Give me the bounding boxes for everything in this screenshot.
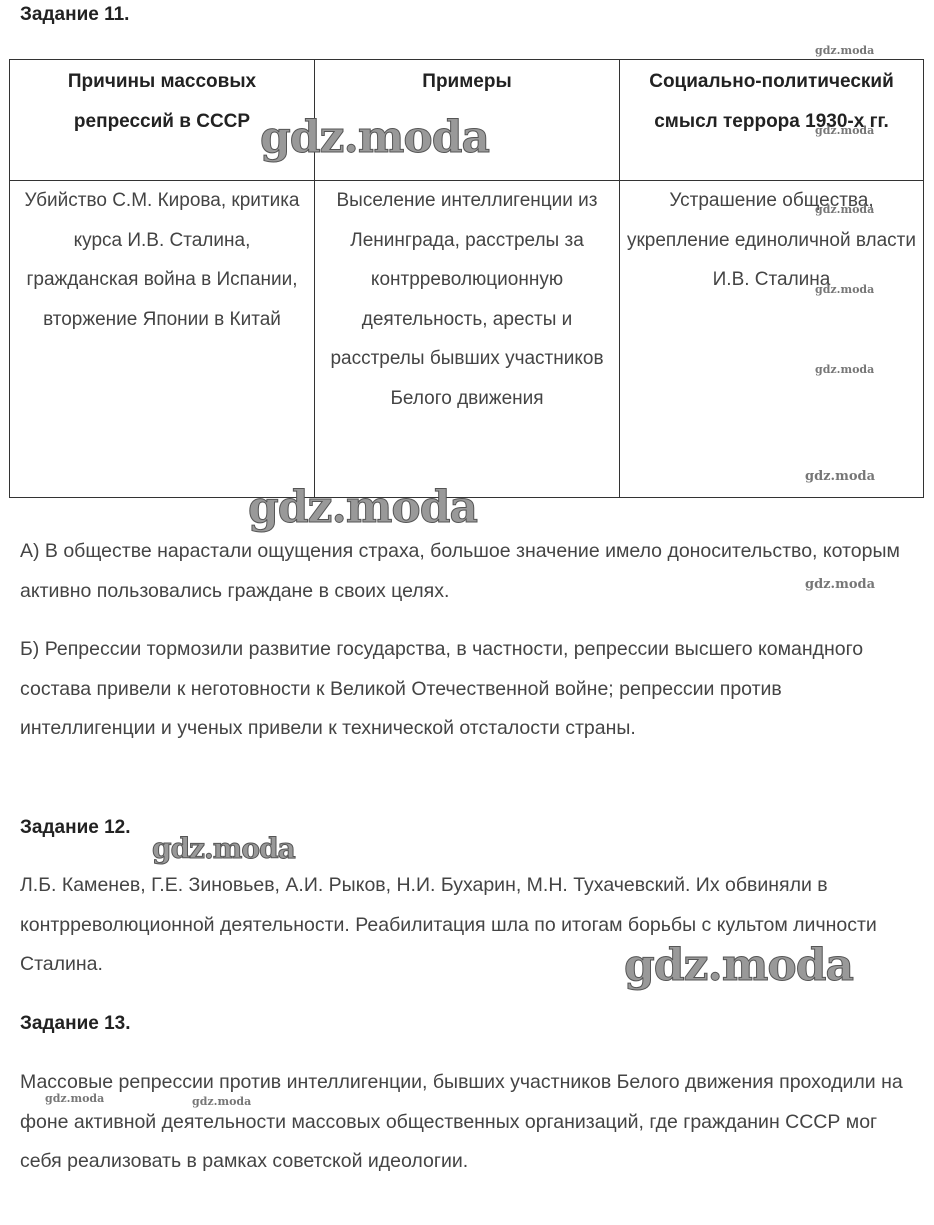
table-cell-meaning: Устрашение общества, укрепление единолич… [620, 181, 924, 498]
task12-heading: Задание 12. [20, 817, 131, 839]
task13-heading: Задание 13. [20, 1013, 131, 1035]
watermark: gdz.moda [45, 1092, 104, 1105]
task11-heading: Задание 11. [20, 4, 129, 26]
answer-a: А) В обществе нарастали ощущения страха,… [20, 532, 920, 611]
watermark: gdz.moda [152, 832, 295, 865]
watermark: gdz.moda [815, 203, 874, 216]
watermark: gdz.moda [805, 469, 875, 484]
watermark: gdz.moda [248, 482, 477, 533]
table-cell-causes: Убийство С.М. Кирова, критика курса И.В.… [10, 181, 315, 498]
table-cell-examples: Выселение интеллигенции из Ленинграда, р… [315, 181, 620, 498]
watermark: gdz.moda [815, 283, 874, 296]
watermark: gdz.moda [260, 112, 489, 163]
task13-text: Массовые репрессии против интеллигенции,… [20, 1063, 920, 1182]
watermark: gdz.moda [815, 363, 874, 376]
watermark: gdz.moda [624, 940, 853, 991]
watermark: gdz.moda [815, 44, 874, 57]
watermark: gdz.moda [192, 1095, 251, 1108]
watermark: gdz.moda [805, 577, 875, 592]
watermark: gdz.moda [815, 124, 874, 137]
table-row: Убийство С.М. Кирова, критика курса И.В.… [10, 181, 924, 498]
answer-b: Б) Репрессии тормозили развитие государс… [20, 630, 920, 749]
table-header-meaning: Социально-политический смысл террора 193… [620, 60, 924, 181]
